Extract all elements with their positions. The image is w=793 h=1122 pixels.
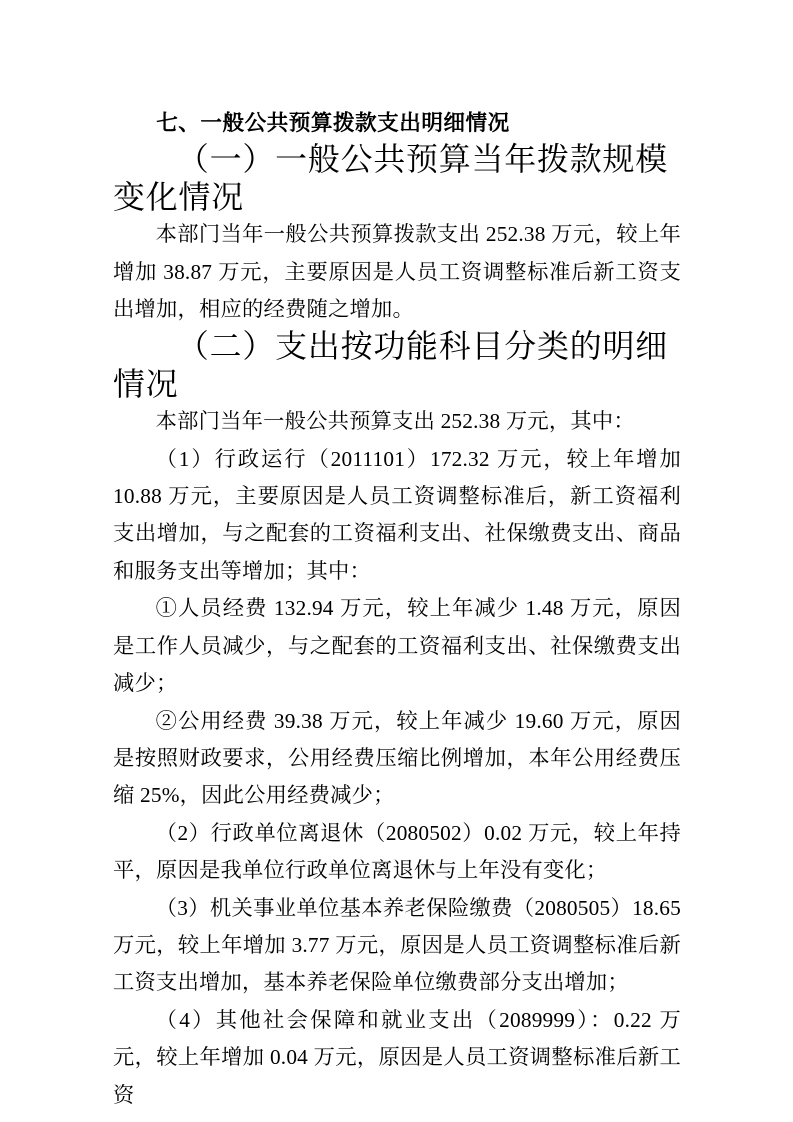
section-1-heading: （一）一般公共预算当年拨款规模变化情况 <box>113 141 681 216</box>
section-2-heading: （二）支出按功能科目分类的明细情况 <box>113 328 681 403</box>
section-1-paragraph: 本部门当年一般公共预算拨款支出 252.38 万元，较上年增加 38.87 万元… <box>113 216 681 328</box>
section-2-paragraph-item-4: （4）其他社会保障和就业支出（2089999）：0.22 万元，较上年增加 0.… <box>113 1002 681 1114</box>
section-2-paragraph-item-2: （2）行政单位离退休（2080502）0.02 万元，较上年持平，原因是我单位行… <box>113 815 681 890</box>
section-2-paragraph-item-1: （1）行政运行（2011101）172.32 万元，较上年增加 10.88 万元… <box>113 441 681 591</box>
document-title: 七、一般公共预算拨款支出明细情况 <box>113 104 681 141</box>
document-page: 七、一般公共预算拨款支出明细情况 （一）一般公共预算当年拨款规模变化情况 本部门… <box>0 0 793 1122</box>
section-2-paragraph-item-1-sub-1: ①人员经费 132.94 万元，较上年减少 1.48 万元，原因是工作人员减少，… <box>113 590 681 702</box>
section-2-paragraph-intro: 本部门当年一般公共预算支出 252.38 万元，其中： <box>113 403 681 440</box>
section-2-paragraph-item-3: （3）机关事业单位基本养老保险缴费（2080505）18.65 万元，较上年增加… <box>113 890 681 1002</box>
section-2-paragraph-item-1-sub-2: ②公用经费 39.38 万元，较上年减少 19.60 万元，原因是按照财政要求，… <box>113 703 681 815</box>
